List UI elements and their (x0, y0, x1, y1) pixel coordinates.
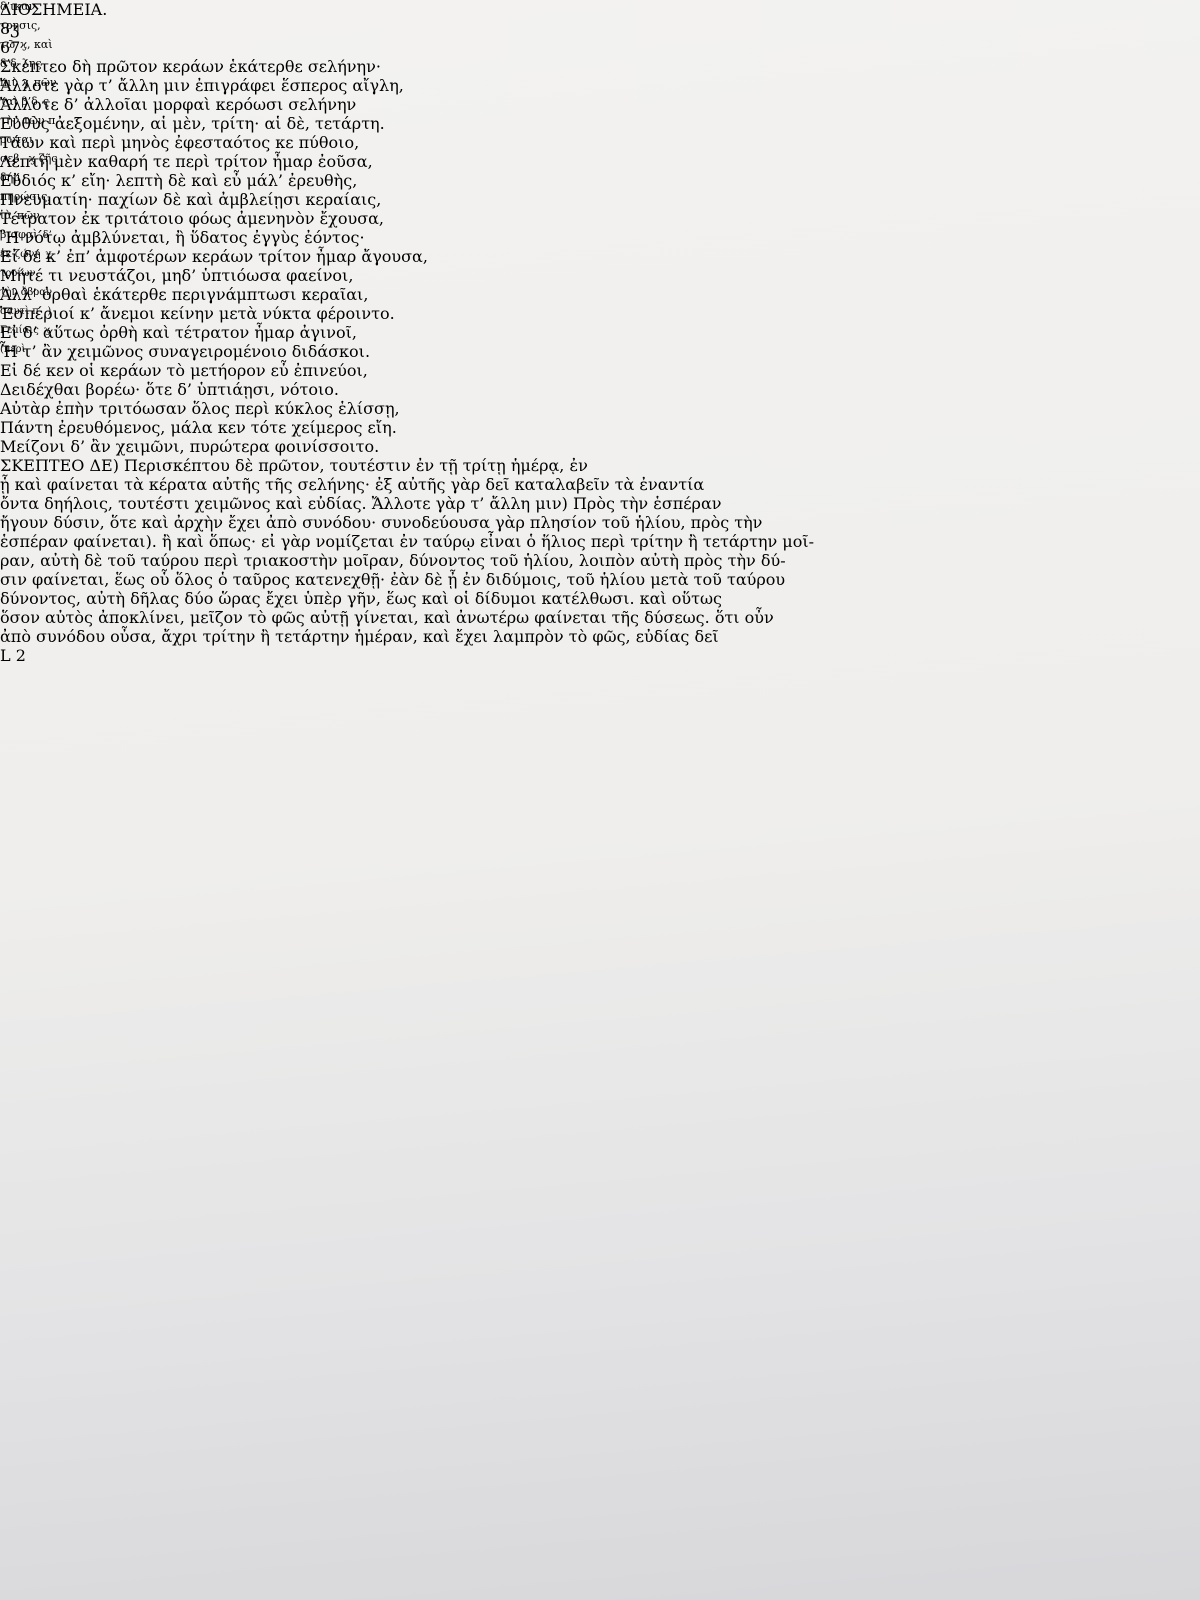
page-number: 8ʒ (0, 19, 1200, 38)
verse-line: Μείζονι δ’ ἂν χειμῶνι, πυρώτερα φοινίσσο… (0, 437, 1200, 456)
verse-line: Ἑσπέριοί κ’ ἄνεμοι κείνην μετὰ νύκτα φέρ… (0, 304, 1200, 323)
verse-line: Πάντη ἐρευθόμενος, μάλα κεν τότε χείμερο… (0, 418, 1200, 437)
verse-line: Ἄλλοτε γὰρ τ’ ἄλλη μιν ἐπιγράφει ἕσπερος… (0, 76, 1200, 95)
verse-line: Τέτρατον ἐκ τριτάτοιο φόως ἀμενηνὸν ἔχου… (0, 209, 1200, 228)
signature-mark: L 2 (0, 646, 1200, 665)
verse-line: Εὔδιός κ’ εἴη· λεπτὴ δὲ καὶ εὖ μάλ’ ἐρευ… (0, 171, 1200, 190)
commentary-line: ᾗ καὶ φαίνεται τὰ κέρατα αὐτῆς τῆς σελήν… (0, 475, 1200, 494)
edge-text-fragment: εσφ, δ’ικαν (0, 0, 35, 13)
commentary-text: Περισκέπτου δὲ πρῶτον, τουτέστιν ἐν τῇ τ… (124, 456, 588, 475)
facing-page-edge: εσφ, δ’ικαν τρησις, τῶ ϗ, καὶ δ’δ λης πι… (0, 0, 58, 1551)
verse-line: Τάων καὶ περὶ μηνὸς ἐφεσταότος κε πύθοιο… (0, 133, 1200, 152)
verse-line: Ἢ νότῳ ἀμβλύνεται, ἢ ὕδατος ἐγγὺς ἐόντος… (0, 228, 1200, 247)
verse-line: Ἀλλ’ ὀρθαὶ ἑκάτερθε περιγνάμπτωσι κεραῖα… (0, 285, 1200, 304)
running-head-title: ΔΙΟΣΗΜΕΙΑ. (0, 0, 1200, 19)
edge-text-fragment: σαυτὶ π- (0, 306, 42, 317)
verse-line: Μήτέ τι νευστάζοι, μηδ’ ὑπτιόωσα φαείνοι… (0, 266, 1200, 285)
greek-verse-block: Σκέπτεο δὴ πρῶτον κεράων ἑκάτερθε σελήνη… (0, 57, 1200, 456)
scholia-commentary-block: ΣΚΕΠΤΕΟ ΔΕ) Περισκέπτου δὲ πρῶτον, τουτέ… (0, 456, 1200, 646)
verse-line: Δειδέχθαι βορέω· ὅτε δ’ ὑπτιάῃσι, νότοιο… (0, 380, 1200, 399)
verse-line: Πνευματίη· παχίων δὲ καὶ ἀμβλείῃσι κεραί… (0, 190, 1200, 209)
photo-open-antique-book: εσφ, δ’ικαν τρησις, τῶ ϗ, καὶ δ’δ λης πι… (0, 0, 1200, 1600)
edge-text-fragment: τὴν ἄβραν (0, 287, 52, 298)
verse-line: Ἄλλοτε δ’ ἀλλοῖαι μορφαὶ κερόωσι σελήνην (0, 95, 1200, 114)
verse-line: Σκέπτεο δὴ πρῶτον κεράων ἑκάτερθε σελήνη… (0, 57, 1200, 76)
verse-line: Εἰ δέ κ’ ἐπ’ ἀμφοτέρων κεράων τρίτον ἦμα… (0, 247, 1200, 266)
commentary-line: δύνοντος, αὐτὴ δῆλας δύο ὥρας ἔχει ὑπὲρ … (0, 589, 1200, 608)
commentary-line: ραν, αὐτὴ δὲ τοῦ ταύρου περὶ τριακοστὴν … (0, 551, 1200, 570)
verse-line-number: 67 (0, 38, 1200, 57)
verse-line: Λεπτὴ μὲν καθαρή τε περὶ τρίτον ἦμαρ ἐοῦ… (0, 152, 1200, 171)
commentary-line: ἤγουν δύσιν, ὅτε καὶ ἀρχὴν ἔχει ἀπὸ συνό… (0, 513, 1200, 532)
verse-line: Ἦ τ’ ἂν χειμῶνος συναγειρομένοιο διδάσκο… (0, 342, 1200, 361)
commentary-line: σιν φαίνεται, ἕως οὗ ὅλος ὁ ταῦρος κατεν… (0, 570, 1200, 589)
commentary-line: ΣΚΕΠΤΕΟ ΔΕ) Περισκέπτου δὲ πρῶτον, τουτέ… (0, 456, 1200, 475)
verse-line: Εἰ δ’ αὕτως ὀρθὴ καὶ τέτρατον ἦμαρ ἀγινο… (0, 323, 1200, 342)
verse-line: Εἰ δέ κεν οἱ κεράων τὸ μετήορον εὖ ἐπινε… (0, 361, 1200, 380)
commentary-line: ἀπὸ συνόδου οὖσα, ἄχρι τρίτην ἢ τετάρτην… (0, 627, 1200, 646)
verse-line: Εὐθὺς ἀεξομένην, αἱ μὲν, τρίτη· αἱ δὲ, τ… (0, 114, 1200, 133)
commentary-line: ὄντα δηήλοις, τουτέστι χειμῶνος καὶ εὐδί… (0, 494, 1200, 513)
commentary-line: ἑσπέραν φαίνεται). ἢ καὶ ὅπως· εἰ γὰρ νο… (0, 532, 1200, 551)
verse-line: Αὐτὰρ ἐπὴν τριτόωσαν ὅλος περὶ κύκλος ἑλ… (0, 399, 1200, 418)
commentary-line: ὅσον αὐτὸς ἀποκλίνει, μεῖζον τὸ φῶς αὐτῇ… (0, 608, 1200, 627)
book-page: ΔΙΟΣΗΜΕΙΑ. 8ʒ 67 Σκέπτεο δὴ πρῶτον κεράω… (0, 0, 1200, 665)
